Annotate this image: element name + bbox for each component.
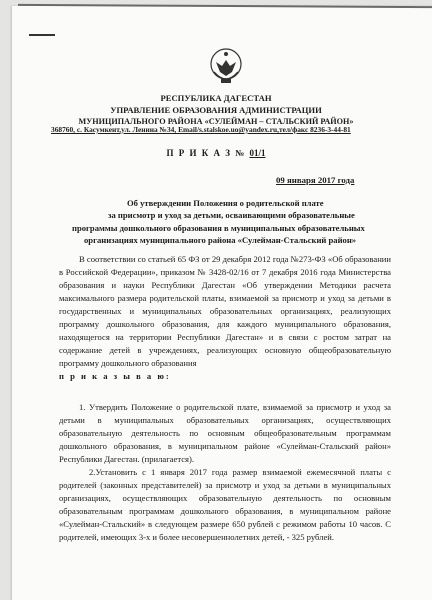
item-2: 2.Установить с 1 января 2017 года размер…	[59, 466, 391, 544]
order-heading: П Р И К А З № 01/1	[0, 148, 432, 158]
title-line-3: программы дошкольного образования в муни…	[72, 222, 365, 235]
preamble-text: В соответствии со статьей 65 ФЗ от 29 де…	[59, 253, 391, 370]
order-word: п р и к а з ы в а ю:	[59, 370, 391, 383]
header-address: 368760, с. Касумкент,ул. Ленина №34, Ema…	[51, 125, 351, 134]
title-line-4: организациях муниципального района «Суле…	[84, 234, 356, 247]
preamble-block: В соответствии со статьей 65 ФЗ от 29 де…	[59, 253, 391, 383]
items-block: 1. Утвердить Положение о родительской пл…	[59, 401, 391, 544]
header-department: УПРАВЛЕНИЕ ОБРАЗОВАНИЯ АДМИНИСТРАЦИИ	[0, 104, 432, 116]
header-republic: РЕСПУБЛИКА ДАГЕСТАН	[0, 92, 432, 104]
title-line-2: за присмотр и уход за детьми, осваивающи…	[108, 209, 355, 222]
coat-of-arms-icon	[208, 46, 244, 86]
title-line-1: Об утверждении Положения о родительской …	[127, 197, 324, 210]
order-date: 09 января 2017 года	[276, 175, 354, 185]
item-1: 1. Утвердить Положение о родительской пл…	[59, 401, 391, 466]
order-label: П Р И К А З №	[166, 148, 245, 158]
scan-mark	[29, 34, 55, 36]
order-number: 01/1	[250, 148, 266, 158]
